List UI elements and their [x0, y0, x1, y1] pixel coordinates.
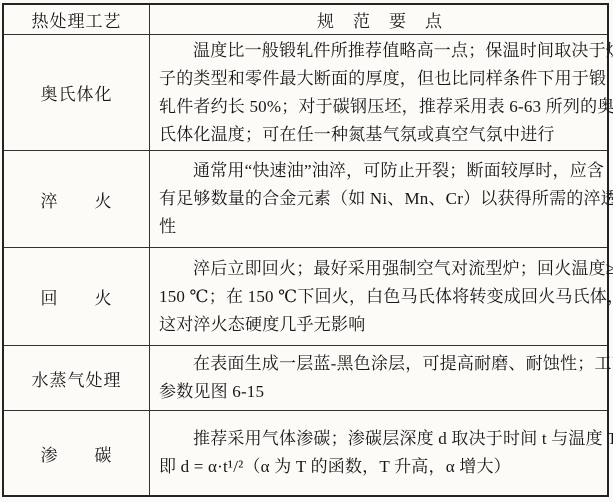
- process-name: 奥氏体化: [41, 80, 113, 105]
- spec-text-line: 这对淬火态硬度几乎无影响: [159, 311, 613, 339]
- table-row-carburizing: 渗 碳 推荐采用气体渗碳；渗碳层深度 d 取决于时间 t 与温度 T， 即 d …: [4, 411, 607, 495]
- table-row-quenching: 淬 火 通常用“快速油”油淬，可防止开裂；断面较厚时，应含 有足够数量的合金元素…: [4, 151, 607, 248]
- header-process-label: 热处理工艺: [32, 7, 122, 32]
- spec-text-line: 子的类型和零件最大断面的厚度，但也比同样条件下用于锻: [159, 65, 613, 93]
- spec-text-line: 推荐采用气体渗碳；渗碳层深度 d 取决于时间 t 与温度 T，: [159, 425, 613, 453]
- process-name: 渗 碳: [41, 441, 113, 466]
- spec-cell: 推荐采用气体渗碳；渗碳层深度 d 取决于时间 t 与温度 T， 即 d = α·…: [150, 411, 613, 495]
- process-name: 水蒸气处理: [32, 366, 122, 391]
- process-name-cell: 回 火: [4, 248, 150, 345]
- table-header-row: 热处理工艺 规 范 要 点: [4, 5, 607, 35]
- spec-cell: 在表面生成一层蓝-黑色涂层，可提高耐磨、耐蚀性；工艺 参数见图 6-15: [150, 346, 613, 410]
- spec-text-line: 氏体化温度；可在任一种氮基气氛或真空气氛中进行: [159, 121, 613, 149]
- spec-cell: 温度比一般锻轧件所推荐值略高一点；保温时间取决于炉 子的类型和零件最大断面的厚度…: [150, 35, 613, 150]
- header-spec-column: 规 范 要 点: [150, 5, 607, 34]
- spec-cell: 淬后立即回火；最好采用强制空气对流型炉；回火温度≥ 150 ℃；在 150 ℃下…: [150, 248, 613, 345]
- spec-text-line: 淬后立即回火；最好采用强制空气对流型炉；回火温度≥: [159, 255, 613, 283]
- process-name-cell: 奥氏体化: [4, 35, 150, 150]
- heat-treatment-spec-table: 热处理工艺 规 范 要 点 奥氏体化 温度比一般锻轧件所推荐值略高一点；保温时间…: [2, 3, 609, 497]
- scanned-document-page: 热处理工艺 规 范 要 点 奥氏体化 温度比一般锻轧件所推荐值略高一点；保温时间…: [0, 0, 613, 502]
- process-name-cell: 渗 碳: [4, 411, 150, 495]
- spec-text-line: 即 d = α·t¹/²（α 为 T 的函数，T 升高，α 增大）: [159, 453, 613, 481]
- process-name: 淬 火: [41, 187, 113, 212]
- process-name-cell: 水蒸气处理: [4, 346, 150, 410]
- table-row-steam-treatment: 水蒸气处理 在表面生成一层蓝-黑色涂层，可提高耐磨、耐蚀性；工艺 参数见图 6-…: [4, 346, 607, 411]
- spec-text-line: 在表面生成一层蓝-黑色涂层，可提高耐磨、耐蚀性；工艺: [159, 350, 613, 378]
- table-row-austenitizing: 奥氏体化 温度比一般锻轧件所推荐值略高一点；保温时间取决于炉 子的类型和零件最大…: [4, 35, 607, 151]
- process-name-cell: 淬 火: [4, 151, 150, 247]
- spec-cell: 通常用“快速油”油淬，可防止开裂；断面较厚时，应含 有足够数量的合金元素（如 N…: [150, 151, 613, 247]
- spec-text-line: 通常用“快速油”油淬，可防止开裂；断面较厚时，应含: [159, 157, 613, 185]
- spec-text-line: 150 ℃；在 150 ℃下回火，白色马氏体将转变成回火马氏体，: [159, 283, 613, 311]
- spec-text-line: 温度比一般锻轧件所推荐值略高一点；保温时间取决于炉: [159, 37, 613, 65]
- spec-text-line: 轧件者约长 50%；对于碳钢压坯，推荐采用表 6-63 所列的奥: [159, 93, 613, 121]
- spec-text-line: 有足够数量的合金元素（如 Ni、Mn、Cr）以获得所需的淬透: [159, 185, 613, 213]
- process-name: 回 火: [41, 284, 113, 309]
- spec-text-line: 性: [159, 213, 613, 241]
- spec-text-line: 参数见图 6-15: [159, 378, 613, 406]
- header-process-column: 热处理工艺: [4, 5, 150, 34]
- table-row-tempering: 回 火 淬后立即回火；最好采用强制空气对流型炉；回火温度≥ 150 ℃；在 15…: [4, 248, 607, 346]
- header-spec-label: 规 范 要 点: [317, 7, 443, 32]
